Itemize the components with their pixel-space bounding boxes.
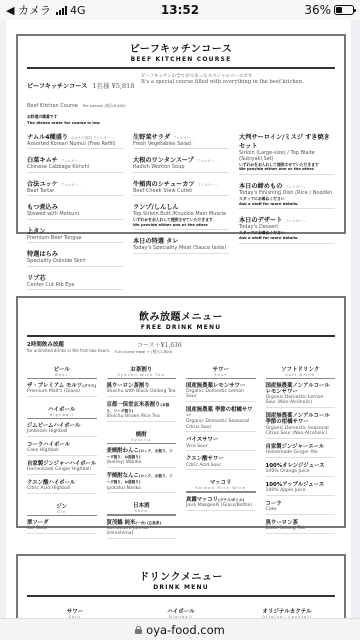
drink-jp: 京都一保堂玄米茶割り	[107, 402, 161, 408]
course-header: ビーフキッチンコース 1名様 ¥5,818 Beef Kitchen Cours…	[18, 69, 344, 125]
plan-jp: 2時間飲み放題	[27, 340, 137, 348]
title-jp: 飲み放題メニュー	[18, 308, 344, 323]
item-jp: 上タン	[27, 228, 46, 235]
url-domain[interactable]: oya-food.com	[146, 623, 225, 637]
allergy-note: アレルギー…	[61, 159, 82, 163]
item-note: スタッフにお尋ねくださいAsk a staff for more details…	[239, 231, 335, 241]
drink-category-header: 焼酎Syochu	[107, 430, 177, 444]
allergy-note: アレルギー…	[285, 185, 306, 189]
course-item: 合法ユッケアレルギー…Beef Tartar	[27, 179, 123, 197]
item-jp: 大根のワンタンスープ	[133, 157, 194, 164]
drink-item: 国産無農薬レモンサワーOrganic Domestic Lemon Sour	[186, 383, 256, 402]
category-en: Sake	[107, 509, 177, 513]
drink-name-jp: 麦焼酎わんこ(ロック、水割り、ソーダ割り、お湯割り)	[107, 448, 177, 460]
category-jp: サワー	[27, 607, 123, 615]
free-drink-title: 飲み放題メニュー FREE DRINK MENU	[18, 298, 344, 331]
course-item: 白菜キムチアレルギー…Chinese Cabbage Kimchi	[27, 155, 123, 173]
category-jp: お茶割り	[107, 365, 177, 373]
item-name-jp: 白菜キムチアレルギー…	[27, 155, 123, 164]
drink-item: ジムビームハイボールJimbeam Highball	[27, 423, 97, 437]
item-jp: リブ芯	[27, 275, 46, 282]
drink-name-jp: 国産無農薬ノンアルコール 季節の柑橘サワー	[266, 413, 336, 425]
drink-name-en: Homemade Ginger Highball	[27, 467, 97, 472]
drink-jp: 国産無農薬ノンアルコール 季節の柑橘サワー	[266, 413, 330, 425]
item-name-jp: 特選はらみ	[27, 249, 123, 258]
drink-jp: 国産無農薬 季節の柑橘サワー	[186, 407, 253, 419]
plan-price: コース＋¥1,636	[137, 340, 182, 349]
item-note: いずれかをお入れして提供させていただきますWe provide either o…	[133, 218, 229, 228]
drink-menu-categories: サワーSourハイボールHighballオリジナルカクテルOriginal Co…	[18, 597, 344, 621]
course-item: ランプ/しんしんTop Sirloin Butt /Knuckle Main M…	[133, 202, 229, 230]
category-rule	[266, 378, 336, 379]
item-jp: 牛頬肉のシチューカツ	[133, 181, 195, 188]
category-jp: 焼酎	[107, 430, 177, 438]
course-item: 特選はらみSpeciality Outside Skirt	[27, 249, 123, 267]
item-en: Radish Wonton Soup	[133, 164, 229, 170]
url-bar[interactable]: oya-food.com	[0, 618, 360, 640]
drink-category-header: サワーSour	[186, 365, 256, 379]
drink-jp: 国産無農薬レモンサワー	[186, 383, 245, 389]
drink-jp: 麦焼酎わんこ	[107, 448, 139, 454]
drink-item: 賀茂鶴 純米(一合) (広島県)Kamotsuru Junmai (Hirosh…	[107, 520, 177, 539]
drink-item: 国産無農薬ノンアルコール レモンサワーOrganic Domestic Lemo…	[266, 383, 336, 408]
drink-item: 麦焼酎わんこ(ロック、水割り、ソーダ割り、お湯割り)(barley) Wanko	[107, 448, 177, 468]
item-jp: 生野菜サラダ	[133, 134, 170, 141]
category-jp: オリジナルカクテル	[239, 607, 335, 615]
drink-jp: 100%アップルジュース	[266, 482, 325, 488]
signal-icon	[56, 6, 67, 15]
category-rule	[27, 378, 97, 379]
drink-item: バイスサワーVice Sour	[186, 437, 256, 451]
drink-item: 黒ウーロン茶Black Oolong Tea	[266, 520, 336, 534]
course-item: 本日のデザートアレルギー…Today's Dessertスタッフにお尋ねください…	[239, 215, 335, 243]
drink-item: 黒ウーロン茶割りShochu with Black Oolong Tea	[107, 383, 177, 397]
drink-name-en: Sui Soda	[27, 526, 97, 531]
item-jp: ランプ/しんしん	[133, 204, 179, 211]
per-person: Per person (税込6,400)	[83, 103, 126, 108]
drink-jp: コーラハイボール	[27, 442, 70, 448]
battery-icon	[334, 5, 354, 15]
course-item: ナムル4種盛りおかわり無料 アレルギー…Assorted Korean Numu…	[27, 132, 123, 150]
course-item: 上タンPremium Beef Tongue	[27, 226, 123, 244]
status-bar: ◀ カメラ 4G 13:52 36%	[0, 0, 360, 20]
drink-serving: (一合) (広島県)	[135, 521, 161, 525]
title-jp: ドリンクメニュー	[18, 568, 344, 583]
drink-item: 芋焼酎なんこ(ロック、水割り、ソーダ割り、お湯割り)(potato) Nanko	[107, 473, 177, 493]
drink-name-en: Shochu with Black Oolong Tea	[107, 389, 177, 394]
drink-jp: クエン酸ハイボール	[27, 480, 75, 486]
allergy-note: アレルギー…	[198, 183, 219, 187]
beef-course-card: ビーフキッチンコース BEEF KITCHEN COURSE ビーフキッチンコー…	[16, 34, 346, 234]
category-rule	[27, 418, 97, 419]
category-rule	[186, 491, 256, 492]
allergy-note: アレルギー…	[61, 183, 82, 187]
item-jp: ナムル4種盛り	[27, 134, 68, 141]
category-jp: ハイボール	[27, 405, 97, 413]
plan-price-en: Full course meal + (税込1,800)	[114, 349, 172, 355]
drink-item: 真露マッコリ(グラス/ボトル)Jinro Makgeolli (Glass/Bo…	[186, 497, 256, 511]
drink-name-en: 100% Apple Juice	[266, 488, 336, 493]
network-type: 4G	[70, 4, 86, 17]
item-en: Today's Finishing Dish (Rice / Noodle)	[239, 190, 335, 196]
drink-name-jp: 芋焼酎なんこ(ロック、水割り、ソーダ割り、お湯割り)	[107, 473, 177, 485]
drink-jp: 黒ウーロン茶割り	[107, 383, 150, 389]
category-en: Syochu	[107, 438, 177, 442]
item-jp: 合法ユッケ	[27, 181, 58, 188]
drink-column: ビールBeerザ・プレミアム モルツ(グラス)Premium Malt's (G…	[27, 365, 97, 544]
item-jp: 本日の特選 タレ	[133, 238, 178, 245]
item-en: Beef Cheek Stew Cutlet	[133, 188, 229, 194]
category-en: Gin	[27, 510, 97, 514]
category-rule	[107, 378, 177, 379]
category-rule	[107, 514, 177, 515]
drink-name-en: Organic Domestic Seasonal Citrus Sour (N…	[266, 426, 336, 437]
category-jp: ハイボール	[133, 607, 229, 615]
drink-jp: ザ・プレミアム モルツ	[27, 383, 82, 389]
item-en: Speciality Outside Skirt	[27, 258, 123, 264]
title-jp: ビーフキッチンコース	[18, 40, 344, 55]
drink-item: クエン酸ハイボールCitric Acid Highball	[27, 480, 97, 494]
drink-item: クエン酸サワーCitric Acid Sour	[186, 456, 256, 470]
course-item: 牛頬肉のシチューカツアレルギー…Beef Cheek Stew Cutlet	[133, 179, 229, 197]
drink-name-jp: 国産無農薬ノンアルコール レモンサワー	[266, 383, 336, 395]
allergy-note: アレルギー…	[285, 219, 306, 223]
drink-item: 京都一保堂玄米茶割り(本割り、ソーダ割り)Shochu Brown Rice T…	[107, 402, 177, 422]
drink-name-en: Organic Domestic Lemon Sour	[186, 389, 256, 400]
drink-jp: 芋焼酎なんこ	[107, 473, 139, 479]
drink-serving: (グラス)	[82, 384, 96, 388]
title-en: DRINK MENU	[18, 584, 344, 591]
category-jp: サワー	[186, 365, 256, 373]
course-item: リブ芯Center Cut Rib Eye	[27, 273, 123, 291]
drink-category-header: マッコリKorean Rice Wine	[186, 478, 256, 492]
drink-name-en: Vice Sour	[186, 444, 256, 449]
allergy-note: アレルギー…	[173, 136, 194, 140]
item-en: Chinese Cabbage Kimchi	[27, 164, 123, 170]
course-desc-en: It's a special course filled with everyt…	[141, 79, 335, 85]
item-en: Beef Tartar	[27, 188, 123, 194]
drink-name-en: Black Oolong Tea	[266, 526, 336, 531]
item-jp: もつ煮込み	[27, 204, 58, 211]
item-note: いずれかをお入れして提供させていただきますWe provide either o…	[239, 163, 335, 173]
category-jp: ソフトドリンク	[266, 365, 336, 373]
category-jp: ジン	[27, 502, 97, 510]
category-rule	[27, 515, 97, 516]
drink-item: 国産無農薬ノンアルコール 季節の柑橘サワーOrganic Domestic Se…	[266, 413, 336, 438]
category-en: Korean Rice Wine	[186, 486, 256, 490]
drink-name-en: Shochu Brown Rice Tea	[107, 414, 177, 419]
drink-category-header: お茶割りSyochu With Tea	[107, 365, 177, 379]
course-item: 生野菜サラダアレルギー…Fresh Vegetables Salad	[133, 132, 229, 150]
drink-item: 100%アップルジュース100% Apple Juice	[266, 482, 336, 496]
note-en: Ask a staff for more details.	[239, 236, 335, 241]
item-jp: 白菜キムチ	[27, 157, 58, 164]
drink-jp: クエン酸サワー	[186, 456, 224, 462]
drink-name-en: Jinro Makgeolli (Glass/Bottle)	[186, 503, 256, 508]
course-price: 1名様 ¥5,818	[92, 82, 134, 90]
drink-jp: 黒ウーロン茶	[266, 520, 298, 526]
drink-column: お茶割りSyochu With Tea黒ウーロン茶割りShochu with B…	[107, 365, 177, 544]
drink-name-en: Citric Acid Sour	[186, 463, 256, 468]
allergy-note: おかわり無料 アレルギー…	[71, 136, 114, 140]
item-name-jp: 生野菜サラダアレルギー…	[133, 132, 229, 141]
drink-item: 翠ソーダSui Soda	[27, 520, 97, 534]
drink-jp: 自家製ジンジャーエール	[266, 444, 325, 450]
course-column: ナムル4種盛りおかわり無料 アレルギー…Assorted Korean Numu…	[27, 132, 123, 297]
category-en: Beer	[27, 373, 97, 377]
item-note: スタッフにお尋ねくださいAsk a staff for more details…	[239, 197, 335, 207]
drink-menu-title: ドリンクメニュー DRINK MENU	[18, 556, 344, 591]
drink-jp: コーラ	[266, 501, 282, 507]
item-name-jp: リブ芯	[27, 273, 123, 282]
drink-name-en: (potato) Nanko	[107, 486, 177, 491]
drink-name-jp: 京都一保堂玄米茶割り(本割り、ソーダ割り)	[107, 402, 177, 414]
drink-name-en: 100% Orange Juice	[266, 469, 336, 474]
item-en: Sirloin (Large-size) / Top Blade (Sukiya…	[239, 150, 335, 162]
order-note-en: The dishes order for course is low.	[27, 120, 135, 125]
drink-item: 国産無農薬 季節の柑橘サワーOrganic Domestic Seasonal …	[186, 407, 256, 432]
drink-name-jp: 国産無農薬 季節の柑橘サワー	[186, 407, 256, 419]
item-name-jp: もつ煮込み	[27, 202, 123, 211]
item-jp: 本日の締めもの	[239, 183, 282, 190]
item-name-jp: 大判サーロイン/ミスジ すき焼きセット	[239, 132, 335, 150]
drink-item: コーラCoke	[266, 501, 336, 515]
drink-item: 100%オレンジジュース100% Orange Juice	[266, 463, 336, 477]
drink-category-header: ビールBeer	[27, 365, 97, 379]
drink-item: ザ・プレミアム モルツ(グラス)Premium Malt's (Glass)	[27, 383, 97, 397]
status-right: 36%	[304, 3, 354, 17]
course-item: 大判サーロイン/ミスジ すき焼きセットSirloin (Large-size) …	[239, 132, 335, 175]
item-en: Premium Beef Tongue	[27, 235, 123, 241]
course-name-jp: ビーフキッチンコース	[27, 83, 87, 90]
plan-header: 2時間飲み放題 コース＋¥1,636	[18, 337, 344, 349]
category-rule	[107, 443, 177, 444]
drink-item: 自家製ジンジャーエールHomemade Ginger Ale	[266, 444, 336, 458]
status-left: ◀ カメラ 4G	[6, 2, 86, 18]
category-jp: 日本酒	[107, 501, 177, 509]
item-name-jp: 上タン	[27, 226, 123, 235]
drink-name-en: Kamotsuru Junmai (Hiroshima)	[107, 526, 177, 537]
item-en: Assorted Korean Numul (Free Refill)	[27, 141, 123, 147]
drink-jp: 自家製ジンジャーハイボール	[27, 461, 96, 467]
item-name-jp: 牛頬肉のシチューカツアレルギー…	[133, 179, 229, 188]
item-name-jp: ナムル4種盛りおかわり無料 アレルギー…	[27, 132, 123, 141]
drink-name-en: Homemade Ginger Ale	[266, 450, 336, 455]
item-jp: 特選はらみ	[27, 251, 58, 258]
item-en: Fresh Vegetables Salad	[133, 141, 229, 147]
drink-name-en: Jimbeam Highball	[27, 429, 97, 434]
battery-percent: 36%	[304, 3, 331, 17]
lock-icon	[135, 626, 142, 634]
drink-jp: バイスサワー	[186, 437, 218, 443]
free-drink-grid: ビールBeerザ・プレミアム モルツ(グラス)Premium Malt's (G…	[18, 355, 344, 544]
drink-name-jp: ザ・プレミアム モルツ(グラス)	[27, 383, 97, 389]
back-to-app-link[interactable]: ◀ カメラ	[6, 2, 51, 18]
allergy-note: アレルギー…	[197, 159, 218, 163]
drink-jp: ジムビームハイボール	[27, 423, 80, 429]
note-en: Ask a staff for more details.	[239, 202, 335, 207]
drink-category-header: ソフトドリンクSoft Drink	[266, 365, 336, 379]
note-en: We provide either one or the other.	[239, 167, 335, 172]
beef-course-title: ビーフキッチンコース BEEF KITCHEN COURSE	[18, 36, 344, 63]
drink-category-header: 日本酒Sake	[107, 501, 177, 515]
item-name-jp: 合法ユッケアレルギー…	[27, 179, 123, 188]
drink-jp: 真露マッコリ	[186, 497, 218, 503]
drink-name-en: Organic Domestic Lemon Sour (Non-Alcohol…	[266, 395, 336, 406]
course-name-en: Beef Kitchen Course	[27, 103, 78, 109]
category-en: Syochu With Tea	[107, 373, 177, 377]
drink-name-en: Premium Malt's (Glass)	[27, 389, 97, 394]
drink-category-header: ハイボールHighball	[27, 405, 97, 419]
drink-jp: 国産無農薬ノンアルコール レモンサワー	[266, 383, 330, 395]
drink-item: コーラハイボールCoke Highball	[27, 442, 97, 456]
category-en: Sour	[186, 373, 256, 377]
course-column: 大判サーロイン/ミスジ すき焼きセットSirloin (Large-size) …	[239, 132, 335, 297]
drink-name-en: Citric Acid Highball	[27, 486, 97, 491]
drink-name-en: (barley) Wanko	[107, 460, 177, 465]
clock: 13:52	[161, 3, 199, 17]
title-en: FREE DRINK MENU	[18, 324, 344, 331]
drink-name-jp: 国産無農薬レモンサワー	[186, 383, 256, 389]
drink-serving: (グラス/ボトル)	[218, 498, 244, 502]
item-jp: 本日のデザート	[239, 217, 282, 224]
drink-name-en: Organic Domestic Seasonal Citrus Sour	[186, 419, 256, 430]
drink-item: 自家製ジンジャーハイボールHomemade Ginger Highball	[27, 461, 97, 475]
drink-category-header: ジンGin	[27, 502, 97, 516]
item-name-jp: 本日の特選 タレ	[133, 236, 229, 245]
drink-column: サワーSour国産無農薬レモンサワーOrganic Domestic Lemon…	[186, 365, 256, 544]
plan-en: for unlimited drinks in the first two ho…	[27, 349, 110, 355]
course-column: 生野菜サラダアレルギー…Fresh Vegetables Salad大根のワンタ…	[133, 132, 229, 297]
category-en: Soft Drink	[266, 373, 336, 377]
course-item: もつ煮込みStewed with Motsuni	[27, 202, 123, 220]
item-en: Stewed with Motsuni	[27, 211, 123, 217]
drink-name-en: Coke	[266, 507, 336, 512]
drink-jp: 賀茂鶴 純米	[107, 520, 136, 526]
note-en: We provide either one or the other.	[133, 223, 229, 228]
item-name-jp: 大根のワンタンスープアレルギー…	[133, 155, 229, 164]
web-page[interactable]: ビーフキッチンコース BEEF KITCHEN COURSE ビーフキッチンコー…	[6, 20, 351, 620]
drink-column: ソフトドリンクSoft Drink国産無農薬ノンアルコール レモンサワーOrga…	[266, 365, 336, 544]
drink-menu-card: ドリンクメニュー DRINK MENU サワーSourハイボールHighball…	[16, 554, 346, 620]
category-rule	[186, 378, 256, 379]
item-name-jp: 本日の締めものアレルギー…	[239, 181, 335, 190]
item-name-jp: 本日のデザートアレルギー…	[239, 215, 335, 224]
item-en: Center Cut Rib Eye	[27, 282, 123, 288]
category-en: Highball	[27, 413, 97, 417]
free-drink-card: 飲み放題メニュー FREE DRINK MENU 2時間飲み放題 コース＋¥1,…	[16, 296, 346, 528]
item-jp: 大判サーロイン/ミスジ すき焼きセット	[239, 134, 330, 150]
course-item: 本日の特選 タレToday's Speciality Meat (Sauce t…	[133, 236, 229, 254]
course-items-grid: ナムル4種盛りおかわり無料 アレルギー…Assorted Korean Numu…	[18, 132, 344, 297]
category-jp: ビール	[27, 365, 97, 373]
item-name-jp: ランプ/しんしん	[133, 202, 229, 211]
category-jp: マッコリ	[186, 478, 256, 486]
course-item: 本日の締めものアレルギー…Today's Finishing Dish (Ric…	[239, 181, 335, 209]
title-en: BEEF KITCHEN COURSE	[18, 56, 344, 63]
item-en: Today's Speciality Meat (Sauce taste)	[133, 245, 229, 251]
drink-name-en: Coke Highball	[27, 448, 97, 453]
course-item: 大根のワンタンスープアレルギー…Radish Wonton Soup	[133, 155, 229, 173]
drink-jp: 100%オレンジジュース	[266, 463, 325, 469]
